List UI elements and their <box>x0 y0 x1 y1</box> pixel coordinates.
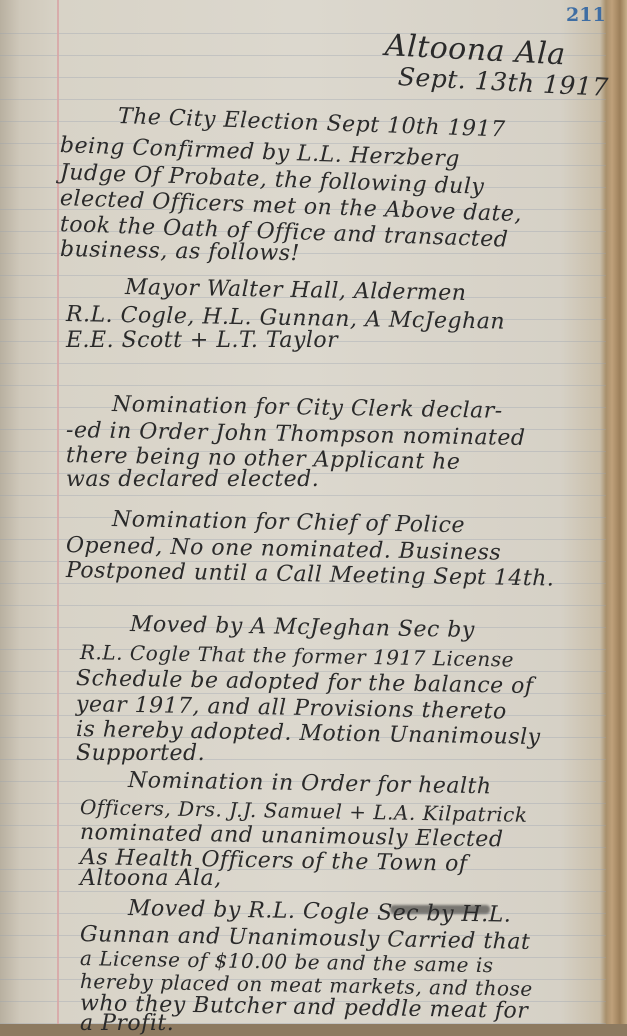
text-line: E.E. Scott + L.T. Taylor <box>66 328 338 353</box>
text-line: Supported. <box>76 741 205 766</box>
text-line: was declared elected. <box>66 467 319 492</box>
ledger-page: 211 Altoona Ala Sept. 13th 1917 The City… <box>0 0 627 1024</box>
text-line: a Profit. <box>80 1011 174 1024</box>
ink-smudge <box>390 905 490 914</box>
text-line: Altoona Ala, <box>80 866 222 891</box>
page-number: 211 <box>566 4 606 26</box>
text-line: business, as follows! <box>60 237 300 266</box>
